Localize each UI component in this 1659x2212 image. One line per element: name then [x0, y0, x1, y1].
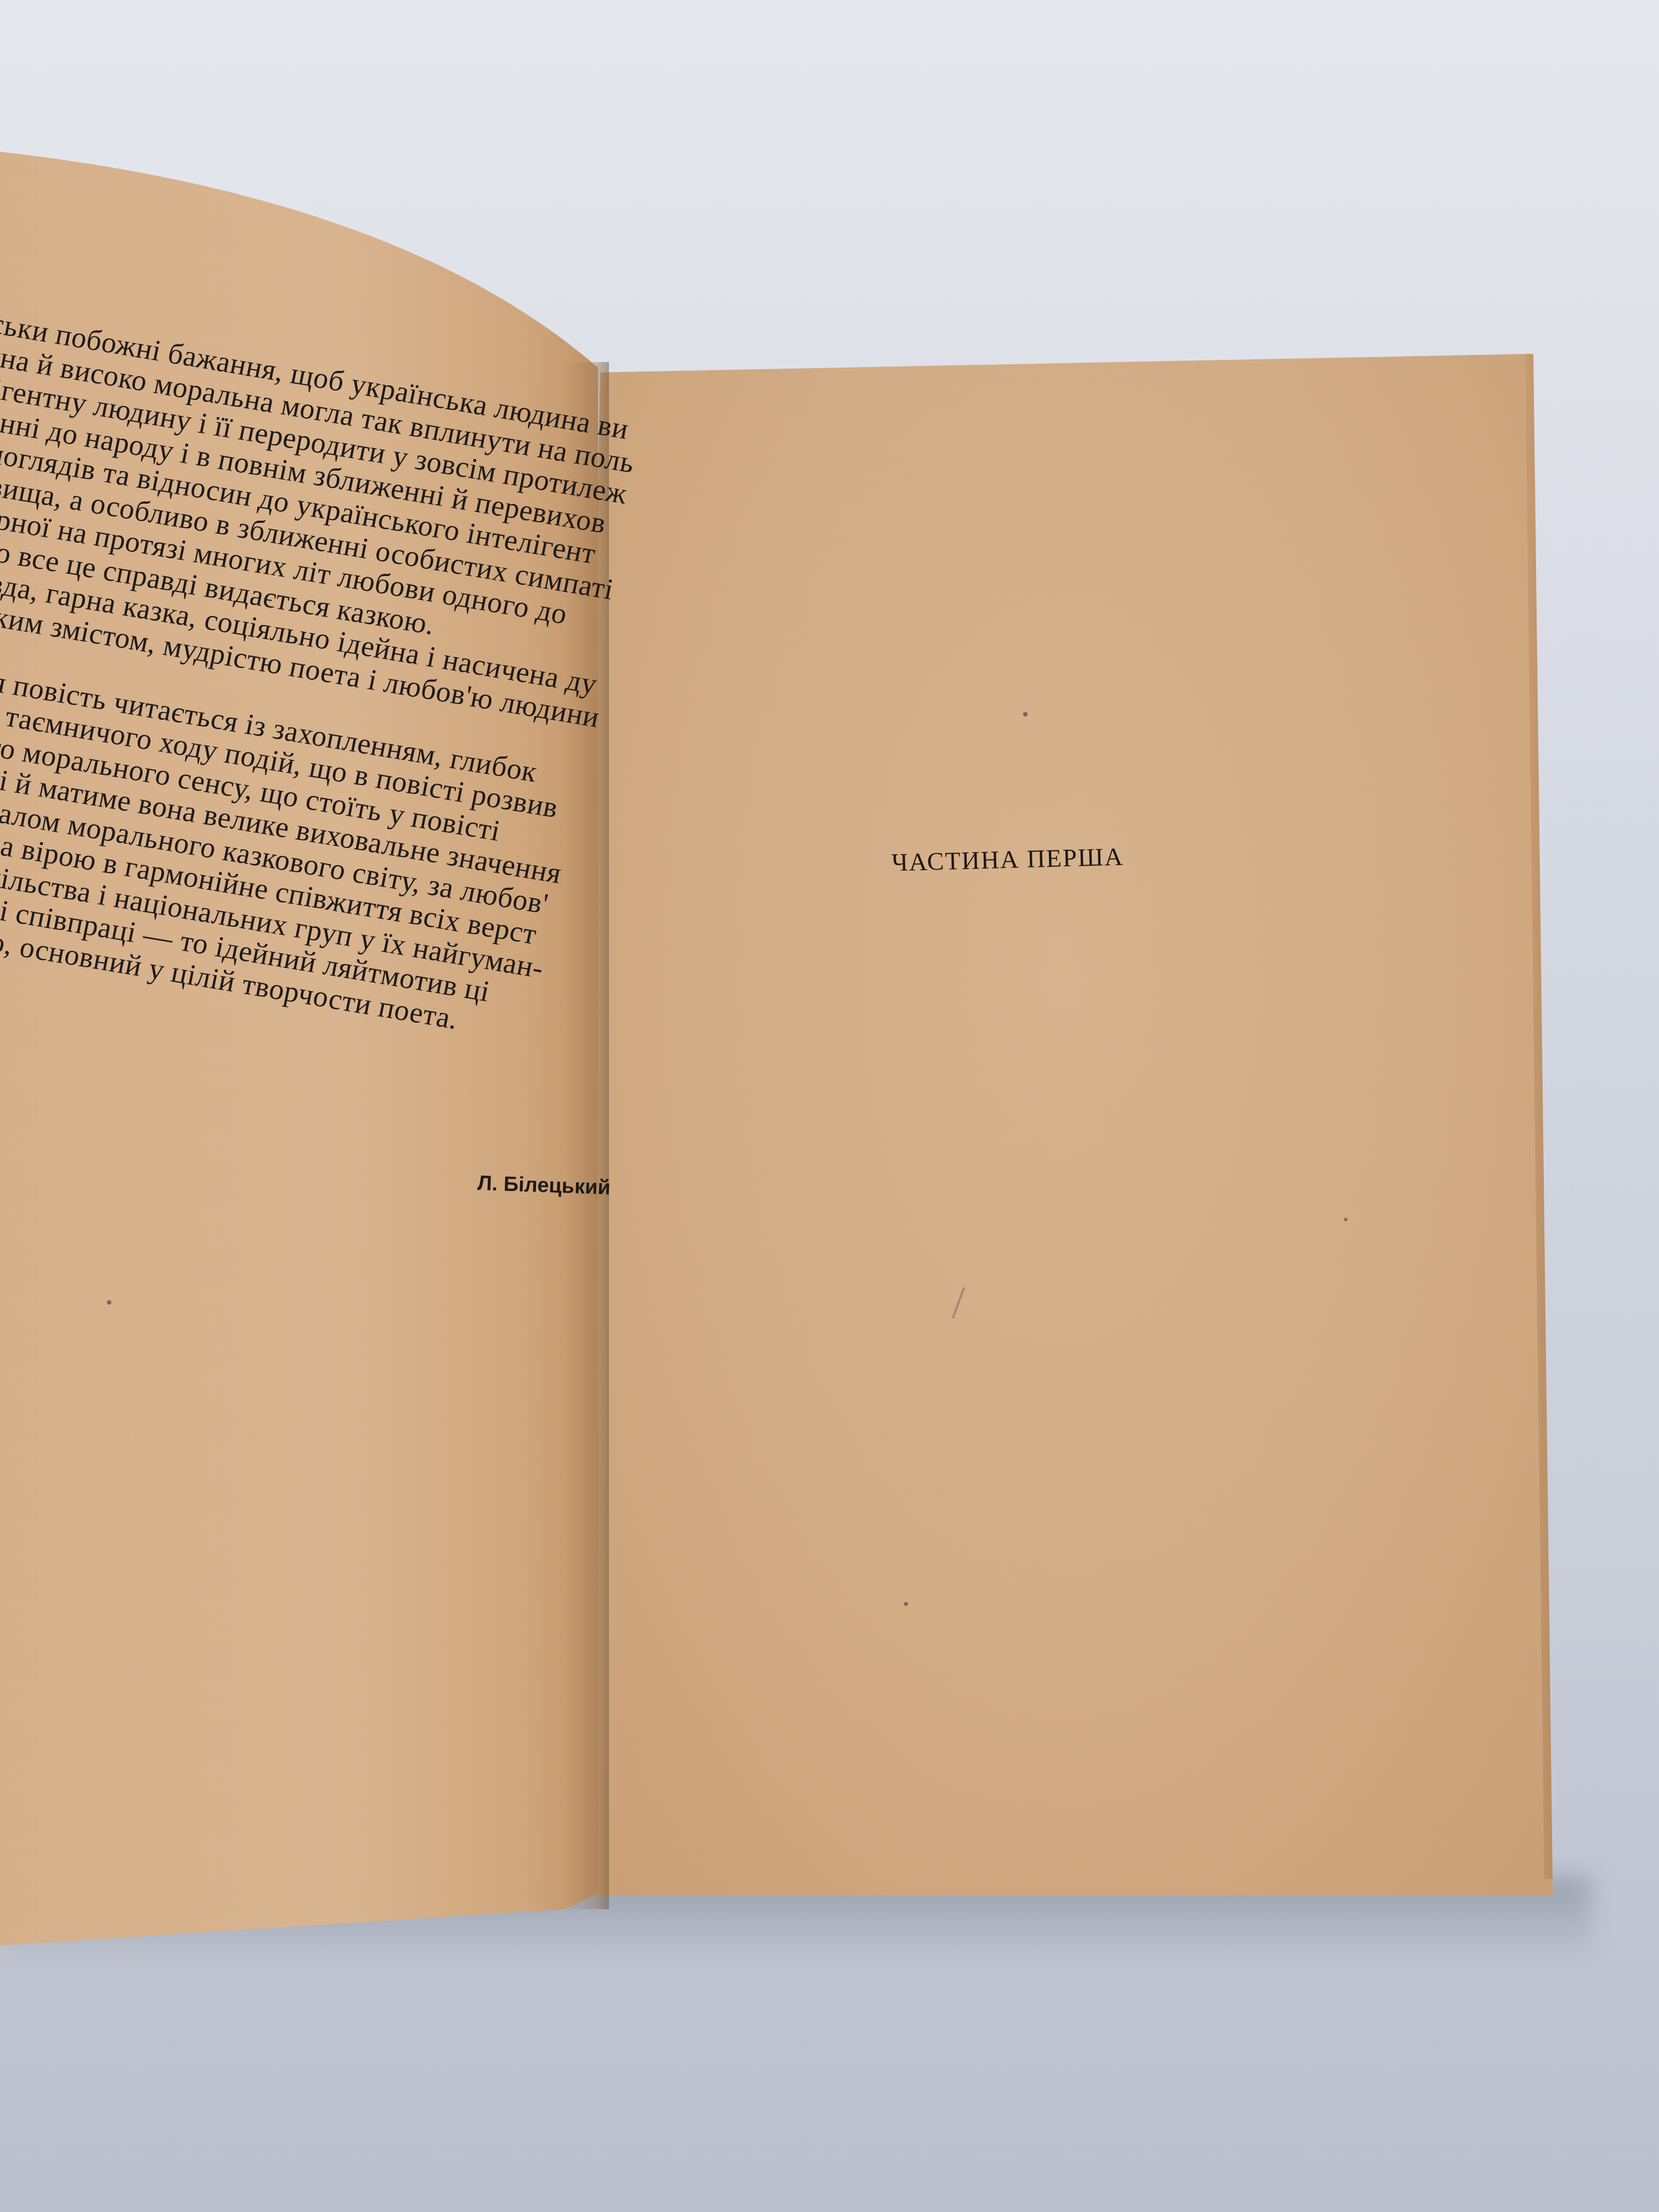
paper-speck [1023, 712, 1028, 716]
right-page [568, 354, 1553, 1895]
paper-speck [904, 1602, 908, 1606]
paper-speck [107, 1300, 111, 1305]
paper-speck [1344, 1218, 1347, 1221]
author-signature: Л. Білецький [477, 1172, 611, 1200]
left-page-text: ськи побожні бажання, щоб українська люд… [0, 307, 617, 1041]
chapter-title: ЧАСТИНА ПЕРША [891, 842, 1124, 877]
